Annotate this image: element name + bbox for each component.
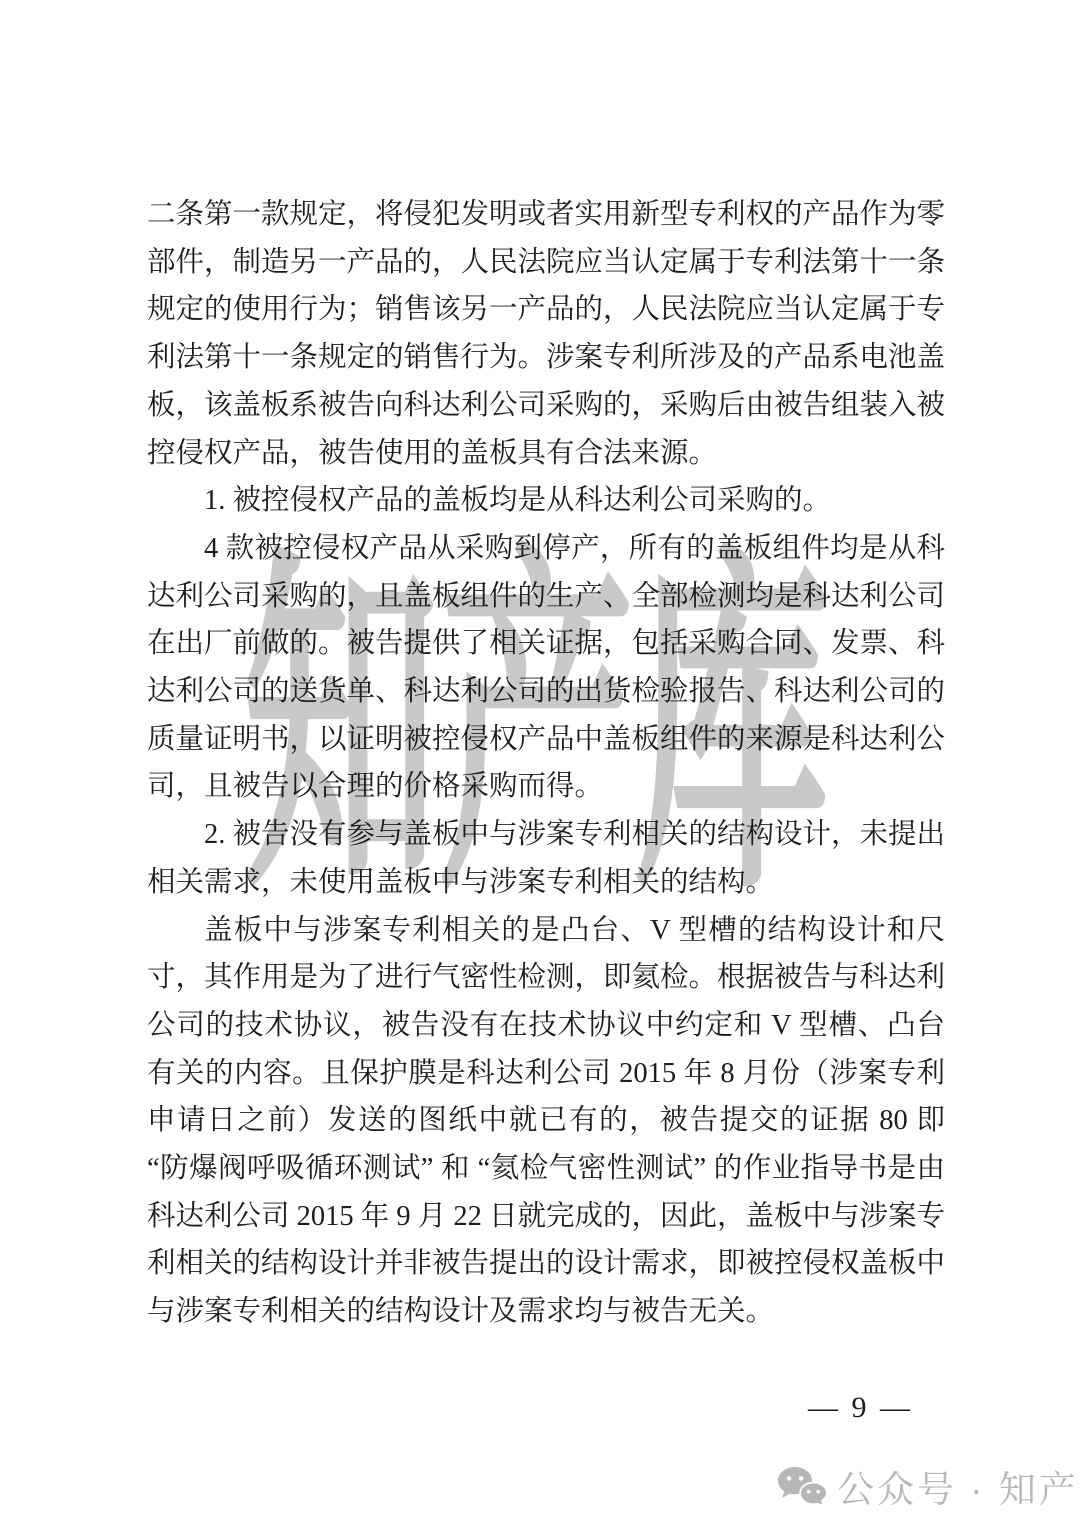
page-number: — 9 — [808,1391,913,1425]
paragraph-point-1-detail: 4 款被控侵权产品从采购到停产，所有的盖板组件均是从科达利公司采购的，且盖板组件… [147,525,945,811]
footer: 公众号 · 知产库 [777,1459,1080,1513]
wechat-icon [777,1466,828,1506]
paragraph-point-1: 1. 被控侵权产品的盖板均是从科达利公司采购的。 [147,477,945,525]
footer-label: 公众号 · 知产库 [837,1459,1080,1513]
paragraph-continuation: 二条第一款规定，将侵犯发明或者实用新型专利权的产品作为零部件，制造另一产品的，人… [147,191,945,477]
paragraph-point-2-detail: 盖板中与涉案专利相关的是凸台、V 型槽的结构设计和尺寸，其作用是为了进行气密性检… [147,907,945,1336]
document-body: 二条第一款规定，将侵犯发明或者实用新型专利权的产品作为零部件，制造另一产品的，人… [147,191,945,1336]
paragraph-point-2: 2. 被告没有参与盖板中与涉案专利相关的结构设计，未提出相关需求，未使用盖板中与… [147,811,945,906]
document-page: 知产库 二条第一款规定，将侵犯发明或者实用新型专利权的产品作为零部件，制造另一产… [0,0,1080,1527]
